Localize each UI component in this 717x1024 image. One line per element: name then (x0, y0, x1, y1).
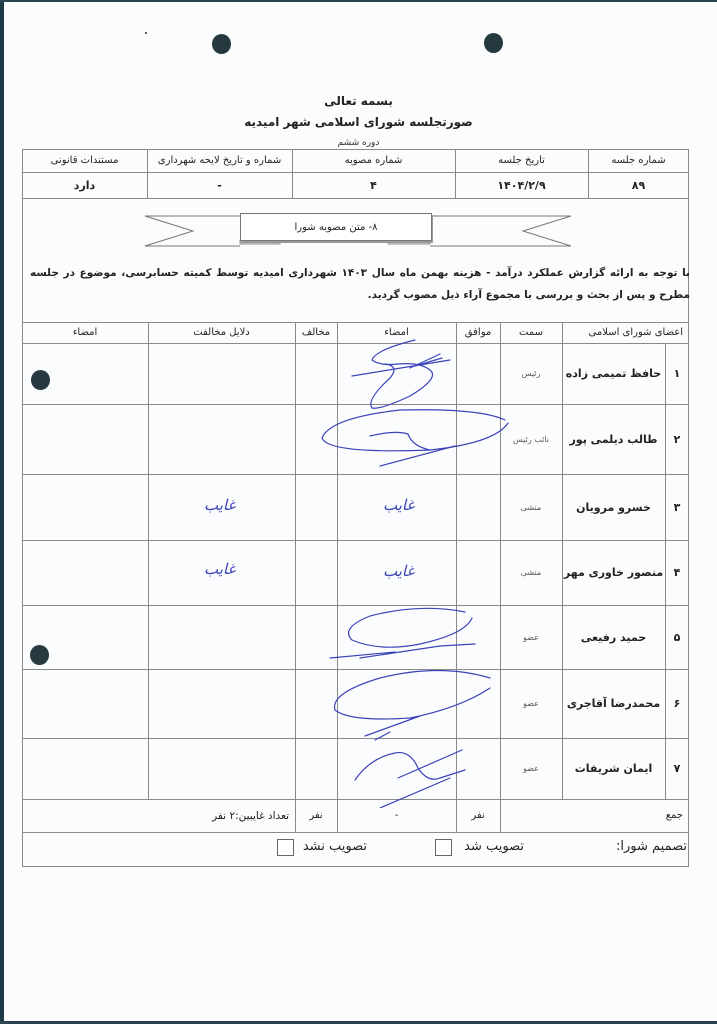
section-ribbon: ۸- متن مصوبه شورا (143, 210, 575, 250)
resolution-number-value: ۴ (292, 172, 455, 198)
member-name: خسرو مرویان (562, 474, 665, 540)
col-header-members: اعضای شورای اسلامی (562, 322, 689, 343)
row-number: ۳ (665, 474, 689, 540)
row-number: ۴ (665, 540, 689, 605)
section-title: ۸- متن مصوبه شورا (240, 213, 432, 241)
row-number: ۲ (665, 404, 689, 474)
header-municipal-bill: شماره و تاریخ لایحه شهرداری (147, 149, 292, 172)
invocation-heading: بسمه تعالی (0, 94, 717, 108)
punch-hole (212, 34, 231, 54)
member-signatures-icon (290, 338, 530, 808)
member-name: طالب دیلمی پور (562, 404, 665, 474)
header-legal-documents: مستندات قانونی (22, 149, 147, 172)
absent-mark: غایب (204, 496, 235, 514)
decision-label: تصمیم شورا: (616, 839, 687, 854)
rejected-checkbox[interactable] (277, 839, 294, 856)
member-name: محمدرضا آقاجری (562, 669, 665, 738)
row-number: ۷ (665, 738, 689, 799)
member-name: منصور خاوری مهر (562, 540, 665, 605)
municipal-bill-value: - (147, 172, 292, 198)
member-name: ایمان شریفات (562, 738, 665, 799)
total-label: جمع (500, 799, 689, 832)
total-oppose-unit: نفر (295, 799, 337, 832)
total-agree-unit: نفر (456, 799, 500, 832)
member-name: حافظ تمیمی زاده (562, 343, 665, 404)
scan-edge-left (0, 0, 4, 1024)
council-term: دوره ششم (0, 138, 717, 148)
row-number: ۱ (665, 343, 689, 404)
session-date-value: ۱۴۰۴/۲/۹ (455, 172, 588, 198)
scan-edge-top (0, 0, 717, 2)
row-number: ۵ (665, 605, 689, 669)
header-session-number: شماره جلسه (588, 149, 689, 172)
approved-label: تصویب شد (464, 839, 524, 854)
col-header-signature-2: امضاء (22, 322, 148, 343)
row-number: ۶ (665, 669, 689, 738)
scan-speck (145, 32, 147, 34)
document-title: صورتجلسه شورای اسلامی شهر امیدیه (0, 115, 717, 129)
absent-count: تعداد غایبین:۲ نفر (22, 799, 295, 832)
approved-checkbox[interactable] (435, 839, 452, 856)
header-session-date: تاریخ جلسه (455, 149, 588, 172)
legal-documents-value: دارد (22, 172, 147, 198)
header-resolution-number: شماره مصوبه (292, 149, 455, 172)
resolution-text: با توجه به ارائه گزارش عملکرد درآمد - هز… (30, 262, 690, 306)
punch-hole (484, 33, 503, 53)
member-name: حمید رفیعی (562, 605, 665, 669)
total-oppose-value: - (337, 799, 456, 832)
rejected-label: تصویب نشد (303, 839, 367, 854)
col-header-reasons: دلایل مخالفت (148, 322, 295, 343)
absent-mark: غایب (204, 560, 235, 578)
session-number-value: ۸۹ (588, 172, 689, 198)
